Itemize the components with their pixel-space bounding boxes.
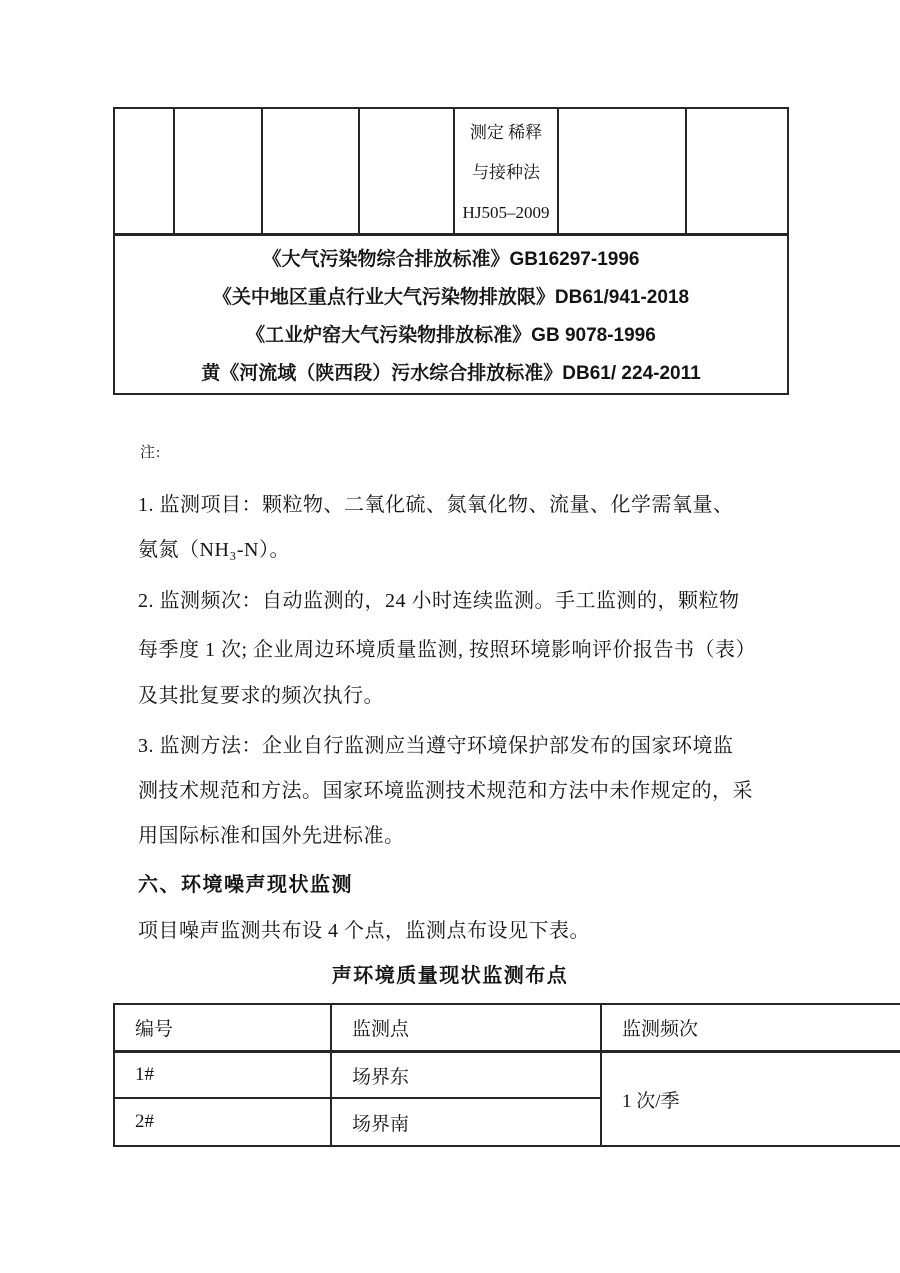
point-name-cell: 场界东 bbox=[331, 1052, 601, 1099]
analysis-method-cell: 测定 稀释 与接种法 HJ505–2009 bbox=[454, 108, 558, 235]
empty-cell bbox=[262, 108, 359, 235]
note-2-line-2: 每季度 1 次; 企业周边环境质量监测, 按照环境影响评价报告书（表） bbox=[138, 637, 756, 663]
noise-intro-text: 项目噪声监测共布设 4 个点，监测点布设见下表。 bbox=[138, 918, 590, 944]
col-header-point: 监测点 bbox=[331, 1004, 601, 1052]
method-line: 与接种法 bbox=[455, 153, 557, 193]
standard-reference: 《关中地区重点行业大气污染物排放限》DB61/941-2018 bbox=[115, 279, 787, 317]
point-name-cell: 场界南 bbox=[331, 1098, 601, 1146]
standard-reference: 《工业炉窑大气污染物排放标准》GB 9078-1996 bbox=[115, 317, 787, 355]
empty-cell bbox=[686, 108, 788, 235]
standard-reference: 黄《河流域（陕西段）污水综合排放标准》DB61/ 224-2011 bbox=[115, 355, 787, 393]
noise-table-header-row: 编号 监测点 监测频次 bbox=[114, 1004, 900, 1052]
standard-reference: 《大气污染物综合排放标准》GB16297-1996 bbox=[115, 241, 787, 279]
method-standard-code: HJ505–2009 bbox=[455, 193, 557, 233]
document-page: 测定 稀释 与接种法 HJ505–2009 《大气污染物综合排放标准》GB162… bbox=[0, 0, 900, 1273]
note-2-line-1: 2. 监测频次：自动监测的，24 小时连续监测。手工监测的，颗粒物 bbox=[138, 588, 740, 614]
col-header-frequency: 监测频次 bbox=[601, 1004, 900, 1052]
col-header-id: 编号 bbox=[114, 1004, 331, 1052]
frequency-cell: 1 次/季 bbox=[601, 1052, 900, 1147]
empty-cell bbox=[359, 108, 454, 235]
note-3-line-1: 3. 监测方法：企业自行监测应当遵守环境保护部发布的国家环境监 bbox=[138, 733, 734, 759]
standards-table-row: 《大气污染物综合排放标准》GB16297-1996 《关中地区重点行业大气污染物… bbox=[114, 235, 788, 395]
pollutant-standards-table: 测定 稀释 与接种法 HJ505–2009 《大气污染物综合排放标准》GB162… bbox=[113, 107, 789, 395]
note-1-line-1: 1. 监测项目：颗粒物、二氧化硫、氮氧化物、流量、化学需氧量、 bbox=[138, 492, 734, 518]
empty-cell bbox=[174, 108, 262, 235]
noise-monitoring-table: 编号 监测点 监测频次 1# 场界东 1 次/季 2# 场界南 bbox=[113, 1003, 900, 1147]
point-id-cell: 1# bbox=[114, 1052, 331, 1099]
note-3-line-3: 用国际标准和国外先进标准。 bbox=[138, 823, 405, 849]
table-row: 1# 场界东 1 次/季 bbox=[114, 1052, 900, 1099]
section-heading: 六、环境噪声现状监测 bbox=[138, 872, 353, 898]
point-id-cell: 2# bbox=[114, 1098, 331, 1146]
noise-table-title: 声环境质量现状监测布点 bbox=[113, 963, 787, 989]
empty-cell bbox=[558, 108, 686, 235]
note-3-line-2: 测技术规范和方法。国家环境监测技术规范和方法中未作规定的，采 bbox=[138, 778, 753, 804]
note-label: 注: bbox=[140, 441, 161, 462]
empty-cell bbox=[114, 108, 174, 235]
method-table-row: 测定 稀释 与接种法 HJ505–2009 bbox=[114, 108, 788, 235]
standards-cell: 《大气污染物综合排放标准》GB16297-1996 《关中地区重点行业大气污染物… bbox=[114, 235, 788, 395]
method-line: 测定 稀释 bbox=[455, 113, 557, 153]
note-1-line-2: 氨氮（NH₃-N）。 bbox=[138, 537, 290, 563]
note-2-line-3: 及其批复要求的频次执行。 bbox=[138, 683, 384, 709]
